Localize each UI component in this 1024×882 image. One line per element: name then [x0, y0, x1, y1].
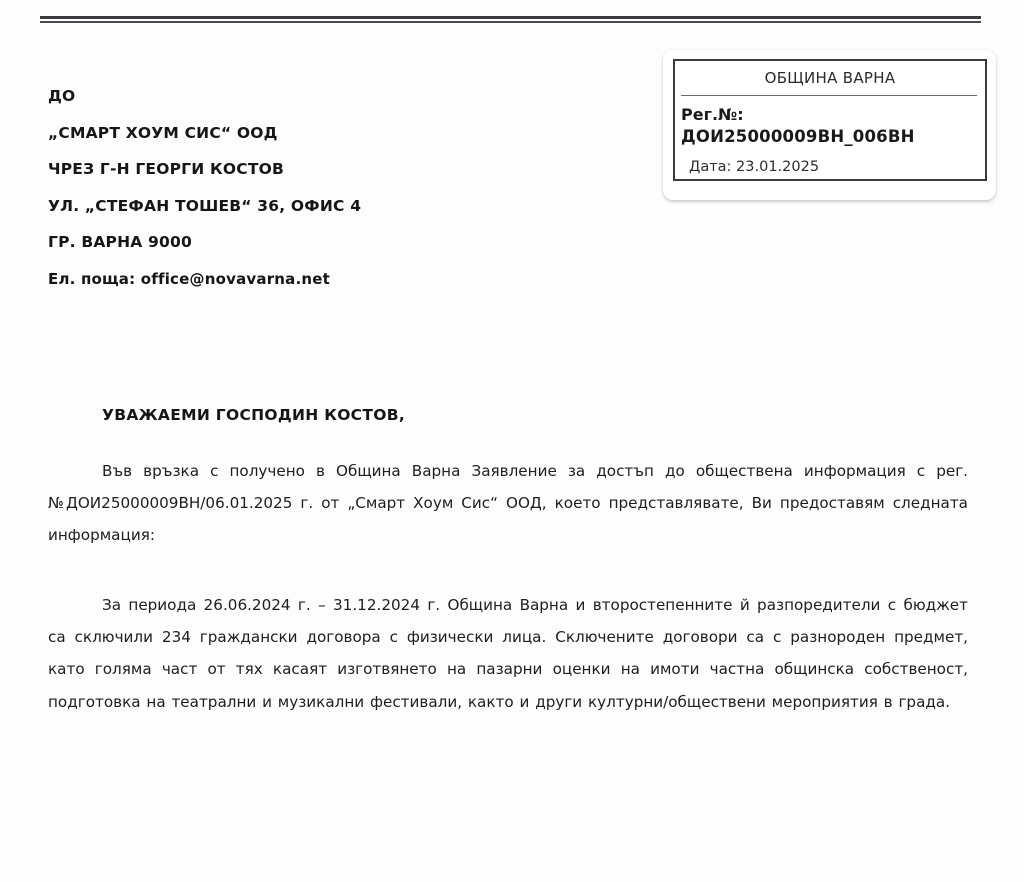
addressee-city: ГР. ВАРНА 9000 [48, 230, 361, 267]
header-rule-thick [40, 16, 981, 19]
registration-stamp: ОБЩИНА ВАРНА Рег.№: ДОИ25000009ВН_006ВН … [673, 59, 987, 181]
addressee-to: ДО [48, 84, 361, 121]
stamp-divider [681, 95, 977, 96]
addressee-street: УЛ. „СТЕФАН ТОШЕВ“ 36, ОФИС 4 [48, 194, 361, 231]
addressee-block: ДО „СМАРТ ХОУМ СИС“ ООД ЧРЕЗ Г-Н ГЕОРГИ … [48, 84, 361, 303]
salutation: УВАЖАЕМИ ГОСПОДИН КОСТОВ, [102, 406, 405, 424]
stamp-organization: ОБЩИНА ВАРНА [675, 69, 985, 87]
stamp-reg-number: ДОИ25000009ВН_006ВН [681, 127, 915, 146]
addressee-company: „СМАРТ ХОУМ СИС“ ООД [48, 121, 361, 158]
header-rule-thin [40, 21, 981, 23]
addressee-email: Ел. поща: office@novavarna.net [48, 267, 361, 304]
body-paragraph: Във връзка с получено в Община Варна Зая… [48, 455, 968, 552]
stamp-reg-label: Рег.№: [681, 105, 744, 124]
stamp-date: Дата: 23.01.2025 [689, 159, 819, 175]
addressee-via: ЧРЕЗ Г-Н ГЕОРГИ КОСТОВ [48, 157, 361, 194]
body-paragraph: За периода 26.06.2024 г. – 31.12.2024 г.… [48, 589, 968, 718]
